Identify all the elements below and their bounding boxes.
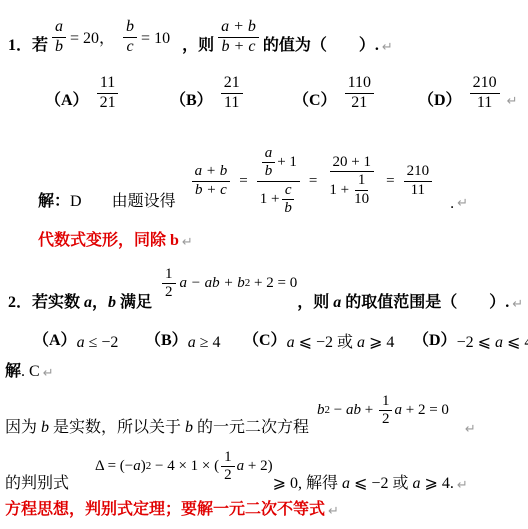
fraction-denominator: 1 + 1 10: [326, 172, 377, 208]
is-real-text: 是实数，所以关于: [49, 414, 185, 440]
times-terms-text: − 4 × 1 × (: [151, 458, 219, 475]
question-2-formula: 1 2 a − ab + b2 + 2 = 0: [158, 266, 297, 302]
option-b-q2: （B） a ≥ 4: [145, 328, 220, 352]
fraction-a-over-b: a b: [52, 18, 66, 56]
option-d-prefix: −2 ⩽: [457, 332, 495, 352]
fraction-numerator: a + b: [192, 163, 231, 181]
or-text: 或: [392, 470, 408, 496]
option-a-q2: （A） a ≤ −2: [33, 328, 118, 352]
paragraph-mark-icon: ↵: [457, 196, 468, 217]
numeric-fraction: 20 + 1 1 + 1 10: [326, 154, 377, 208]
complex-numerator: a b + 1: [257, 145, 300, 182]
option-a-fraction: 11 21: [97, 74, 119, 112]
fraction-numerator: 11: [97, 74, 118, 93]
fraction-numerator: 20 + 1: [330, 154, 374, 172]
fraction-a-over-b: a b: [262, 145, 276, 181]
fraction-numerator: b: [123, 18, 137, 37]
fraction-denominator: b: [281, 200, 295, 217]
paragraph-mark-icon: ↵: [382, 40, 393, 58]
fraction-denominator: b: [52, 38, 66, 56]
one-plus-text: 1 +: [329, 182, 349, 199]
option-d-label: （D）: [418, 87, 462, 112]
comma-text: ，: [92, 289, 108, 315]
variable-a: a: [353, 334, 365, 352]
option-c-label: （C）: [243, 327, 287, 352]
fraction-denominator: b: [262, 163, 276, 180]
question-1-suffix-text: 的值为（ ）.: [263, 32, 379, 58]
fraction-1-over-2: 1 2: [162, 266, 176, 302]
fraction-c-over-b: c b: [281, 182, 295, 218]
one-plus-text: 1 +: [260, 191, 280, 208]
fraction-a-plus-b-over-b-plus-c: a + b b + c: [192, 163, 231, 199]
delta-equals-text: Δ = (−: [95, 458, 133, 475]
equals-sign: =: [239, 173, 247, 190]
variable-a: a: [84, 294, 92, 315]
plus-2-close-text: + 2): [244, 458, 272, 475]
complex-fraction: a b + 1 1 + c b: [257, 145, 300, 217]
fraction-numerator: 1: [221, 449, 235, 467]
option-d-label: （D）: [413, 327, 457, 352]
fraction-denominator: 11: [221, 94, 242, 112]
then-text: ，则: [297, 289, 333, 315]
fraction-denominator: 2: [221, 467, 235, 484]
fraction-numerator: a: [52, 18, 66, 37]
equals-sign: =: [309, 173, 317, 190]
solve-get-text: 解得: [306, 470, 342, 496]
fraction-numerator: a: [262, 145, 276, 163]
fraction-denominator: 11: [408, 182, 428, 199]
term-ab: ab: [346, 402, 361, 419]
formula-terms-text: a − ab + b: [180, 275, 245, 292]
fraction-numerator: 210: [470, 74, 500, 93]
fraction-a-plus-b-over-b-plus-c: a + b b + c: [218, 18, 259, 56]
option-b-q1: （B） 21 11: [170, 64, 247, 112]
paragraph-mark-icon: ↵: [43, 366, 54, 381]
red-note-1-text: 代数式变形，同除: [38, 227, 170, 250]
paragraph-mark-icon: ↵: [182, 235, 193, 250]
leq-minus-2-text: ⩽ −2: [350, 473, 392, 496]
answer-letter: . C: [21, 363, 40, 381]
period-text: .: [450, 195, 454, 217]
answer-letter: D: [70, 193, 82, 217]
fraction-numerator: 110: [345, 74, 374, 93]
variable-b: b: [317, 402, 325, 419]
solution-lead-text: 由题设得: [112, 188, 176, 217]
variable-a: a: [495, 334, 503, 352]
result-fraction: 210 11: [404, 163, 433, 199]
paragraph-mark-icon: ↵: [507, 94, 518, 112]
variable-a: a: [287, 334, 295, 352]
variable-a: a: [333, 294, 341, 315]
solution-label: 解：: [38, 188, 70, 217]
option-c-fraction: 110 21: [345, 74, 374, 112]
fraction-denominator: 2: [379, 411, 393, 428]
question-2-line: 2．若实数 a ， b 满足 1 2 a − ab + b2 + 2 = 0 ，…: [8, 257, 523, 315]
variable-b: b: [41, 419, 49, 440]
red-note-2: 方程思想，判别式定理；要解一元二次不等式 ↵: [5, 496, 339, 519]
option-a-label: （A）: [33, 327, 77, 352]
option-c-q2: （C） a ⩽ −2 或 a ⩾ 4: [243, 328, 394, 352]
formula-tail-text: + 2 = 0: [250, 275, 297, 292]
fraction-numerator: a + b: [218, 18, 259, 37]
variable-a: a: [342, 475, 350, 496]
variable-a: a: [237, 458, 245, 475]
red-note-1: 代数式变形，同除 b ↵: [38, 227, 193, 250]
plus-one-text: + 1: [277, 154, 297, 171]
discriminant-line: 的判别式 Δ = (−a)2 − 4 × 1 × ( 1 2 a + 2) ⩾ …: [5, 442, 468, 496]
option-a-q1: （A） 11 21: [45, 64, 123, 112]
fraction-numerator: 210: [404, 163, 433, 181]
fraction-numerator: 1: [355, 172, 369, 190]
complex-denominator: 1 + c b: [257, 182, 300, 218]
variable-a: a: [133, 458, 141, 475]
question-1-solution-line: 解： D 由题设得 a + b b + c = a b + 1 1 + c b: [38, 133, 468, 217]
or-text: 或: [337, 329, 353, 352]
equation-tail-text: + 2 = 0: [402, 402, 449, 419]
variable-a: a: [394, 402, 402, 419]
fraction-denominator: b + c: [219, 38, 259, 56]
paragraph-mark-icon: ↵: [457, 478, 468, 496]
satisfies-text: 满足: [116, 289, 152, 315]
option-c-label: （C）: [293, 87, 337, 112]
fraction-1-over-10: 1 10: [351, 172, 372, 208]
fraction-denominator: 2: [162, 284, 176, 301]
minus-sign: −: [330, 402, 346, 419]
variable-b: b: [185, 419, 193, 440]
fraction-1-over-2: 1 2: [379, 393, 393, 429]
fraction-denominator: c: [123, 38, 136, 56]
reasoning-paragraph-line: 因为 b 是实数，所以关于 b 的一元二次方程 b2 − ab + 1 2 a …: [5, 386, 476, 440]
option-a-relation: ≤ −2: [85, 334, 119, 352]
option-b-label: （B）: [170, 87, 213, 112]
paragraph-mark-icon: ↵: [328, 504, 339, 519]
question-2-number-text: 2．若实数: [8, 289, 84, 315]
option-c-relation-1: ⩽ −2: [295, 332, 337, 352]
discriminant-formula: Δ = (−a)2 − 4 × 1 × ( 1 2 a + 2): [95, 449, 273, 485]
variable-a: a: [408, 475, 420, 496]
geq-4-text: ⩾ 4.: [420, 473, 453, 496]
plus-sign: +: [361, 402, 377, 419]
fraction-numerator: 21: [221, 74, 243, 93]
solution-label: 解: [5, 358, 21, 381]
paragraph-mark-icon: ↵: [512, 297, 523, 315]
red-note-2-text: 方程思想，判别式定理；要解一元二次不等式: [5, 496, 325, 519]
option-d-fraction: 210 11: [470, 74, 500, 112]
fraction-denominator: 11: [474, 94, 495, 112]
option-d-relation: ⩽ 4: [503, 332, 528, 352]
solution-equation: a + b b + c = a b + 1 1 + c b = 20 + 1: [188, 145, 436, 217]
option-c-q1: （C） 110 21: [293, 64, 378, 112]
fraction-denominator: b + c: [192, 182, 230, 199]
fraction-numerator: 1: [162, 266, 176, 284]
fraction-denominator: 21: [348, 94, 370, 112]
geq-zero-text: ⩾ 0,: [273, 473, 306, 496]
question-2-suffix-text: 的取值范围是（ ）.: [341, 289, 509, 315]
option-b-label: （B）: [145, 327, 188, 352]
paragraph-mark-icon: ↵: [465, 422, 476, 440]
quadratic-equation-text: 的一元二次方程: [193, 414, 309, 440]
option-c-relation-2: ⩾ 4: [365, 332, 394, 352]
fraction-numerator: 1: [379, 393, 393, 411]
question-2-solution-label-line: 解 . C ↵: [5, 358, 54, 381]
red-note-1-variable: b: [170, 232, 179, 250]
fraction-denominator: 21: [97, 94, 119, 112]
discriminant-label-text: 的判别式: [5, 470, 69, 496]
fraction-denominator: 10: [351, 191, 372, 208]
variable-a: a: [77, 334, 85, 352]
option-a-label: （A）: [45, 87, 89, 112]
fraction-b-over-c: b c: [123, 18, 137, 56]
fraction-1-over-2: 1 2: [221, 449, 235, 485]
then-text: ，则: [182, 32, 214, 58]
equals-20-text: = 20，: [70, 25, 115, 58]
option-b-relation: ≥ 4: [196, 334, 221, 352]
option-d-q2: （D） −2 ⩽ a ⩽ 4 ↵: [413, 328, 528, 352]
option-b-fraction: 21 11: [221, 74, 243, 112]
question-1-line: 1．若 a b = 20， b c = 10 ，则 a + b b + c 的值…: [8, 4, 393, 58]
equals-sign: =: [386, 173, 394, 190]
quadratic-equation-formula: b2 − ab + 1 2 a + 2 = 0: [317, 393, 449, 429]
option-d-q1: （D） 210 11 ↵: [418, 64, 517, 112]
question-1-number-text: 1．若: [8, 32, 48, 58]
variable-b: b: [108, 294, 116, 315]
because-text: 因为: [5, 414, 41, 440]
variable-a: a: [188, 334, 196, 352]
fraction-numerator: c: [282, 182, 295, 200]
equals-10-text: = 10: [141, 30, 170, 58]
